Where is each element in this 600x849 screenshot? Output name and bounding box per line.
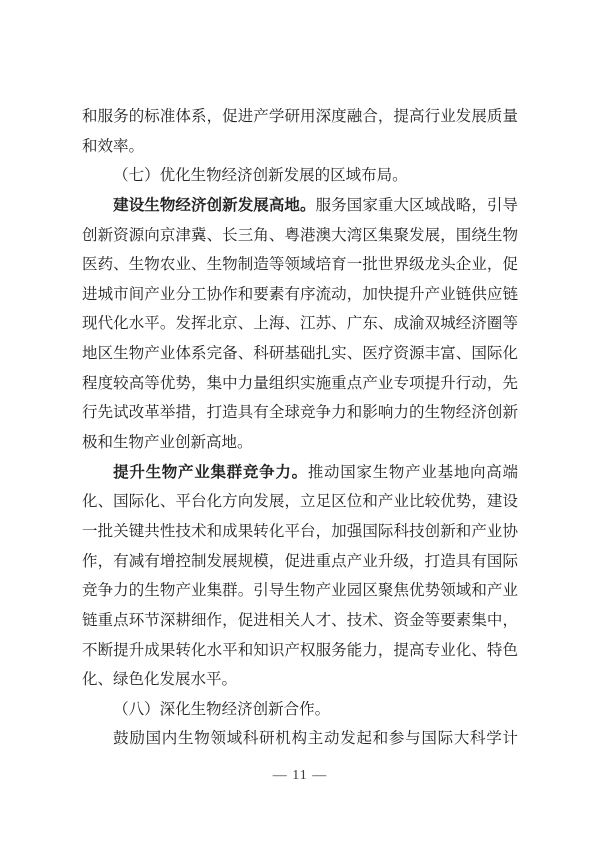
body-text: 鼓励国内生物领域科研机构主动发起和参与国际大科学计: [113, 730, 518, 747]
body-text: 竞争力的生物产业集群。引导生物产业园区聚焦优势领域和产业: [82, 582, 518, 599]
text-line: 化、国际化、平台化方向发展，立足区位和产业比较优势，建设: [82, 487, 518, 517]
body-text: 创新资源向京津冀、长三角、粤港澳大湾区集聚发展，围绕生物: [82, 227, 518, 244]
paragraph-heading-text: 建设生物经济创新发展高地。: [113, 197, 315, 214]
body-text: 化、国际化、平台化方向发展，立足区位和产业比较优势，建设: [82, 493, 518, 510]
text-line: 化、绿色化发展水平。: [82, 665, 518, 695]
text-line: 程度较高等优势，集中力量组织实施重点产业专项提升行动，先: [82, 369, 518, 399]
text-line: 创新资源向京津冀、长三角、粤港澳大湾区集聚发展，围绕生物: [82, 221, 518, 251]
text-line: 和效率。: [82, 132, 518, 162]
body-text: 地区生物产业体系完备、科研基础扎实、医疗资源丰富、国际化: [82, 345, 518, 362]
text-line: 一批关键共性技术和成果转化平台，加强国际科技创新和产业协: [82, 517, 518, 547]
text-line: 竞争力的生物产业集群。引导生物产业园区聚焦优势领域和产业: [82, 576, 518, 606]
document-body: 和服务的标准体系，促进产学研用深度融合，提高行业发展质量和效率。（七）优化生物经…: [82, 102, 518, 754]
body-text: 不断提升成果转化水平和知识产权服务能力，提高专业化、特色: [82, 642, 518, 659]
body-text: （七）优化生物经济创新发展的区域布局。: [113, 167, 408, 184]
body-text: 一批关键共性技术和成果转化平台，加强国际科技创新和产业协: [82, 523, 518, 540]
text-line: 建设生物经济创新发展高地。服务国家重大区域战略，引导: [82, 191, 518, 221]
body-text: 极和生物产业创新高地。: [82, 434, 253, 451]
body-text: 程度较高等优势，集中力量组织实施重点产业专项提升行动，先: [82, 375, 518, 392]
body-text: 进城市间产业分工协作和要素有序流动，加快提升产业链供应链: [82, 286, 518, 303]
body-text: 现代化水平。发挥北京、上海、江苏、广东、成渝双城经济圈等: [82, 315, 518, 332]
body-text: 和效率。: [82, 138, 144, 155]
body-text: 化、绿色化发展水平。: [82, 671, 237, 688]
text-line: 进城市间产业分工协作和要素有序流动，加快提升产业链供应链: [82, 280, 518, 310]
body-text: 行先试改革举措，打造具有全球竞争力和影响力的生物经济创新: [82, 404, 518, 421]
text-line: 链重点环节深耕细作，促进相关人才、技术、资金等要素集中，: [82, 606, 518, 636]
text-line: 作，有减有增控制发展规模，促进重点产业升级，打造具有国际: [82, 547, 518, 577]
text-line: （八）深化生物经济创新合作。: [82, 695, 518, 725]
paragraph-heading-text: 提升生物产业集群竞争力。: [113, 464, 308, 481]
text-line: 地区生物产业体系完备、科研基础扎实、医疗资源丰富、国际化: [82, 339, 518, 369]
text-line: 不断提升成果转化水平和知识产权服务能力，提高专业化、特色: [82, 636, 518, 666]
text-line: （七）优化生物经济创新发展的区域布局。: [82, 161, 518, 191]
body-text: 作，有减有增控制发展规模，促进重点产业升级，打造具有国际: [82, 553, 518, 570]
text-line: 行先试改革举措，打造具有全球竞争力和影响力的生物经济创新: [82, 398, 518, 428]
text-line: 医药、生物农业、生物制造等领域培育一批世界级龙头企业，促: [82, 250, 518, 280]
body-text: 链重点环节深耕细作，促进相关人才、技术、资金等要素集中，: [82, 612, 518, 629]
page-number: — 11 —: [0, 768, 600, 784]
body-text: 和服务的标准体系，促进产学研用深度融合，提高行业发展质量: [82, 108, 518, 125]
text-line: 现代化水平。发挥北京、上海、江苏、广东、成渝双城经济圈等: [82, 309, 518, 339]
body-text: 服务国家重大区域战略，引导: [316, 197, 518, 214]
text-line: 和服务的标准体系，促进产学研用深度融合，提高行业发展质量: [82, 102, 518, 132]
body-text: 医药、生物农业、生物制造等领域培育一批世界级龙头企业，促: [82, 256, 518, 273]
text-line: 极和生物产业创新高地。: [82, 428, 518, 458]
body-text: 推动国家生物产业基地向高端: [308, 464, 518, 481]
document-page: 和服务的标准体系，促进产学研用深度融合，提高行业发展质量和效率。（七）优化生物经…: [0, 0, 600, 849]
text-line: 提升生物产业集群竞争力。推动国家生物产业基地向高端: [82, 458, 518, 488]
text-line: 鼓励国内生物领域科研机构主动发起和参与国际大科学计: [82, 724, 518, 754]
body-text: （八）深化生物经济创新合作。: [113, 701, 330, 718]
